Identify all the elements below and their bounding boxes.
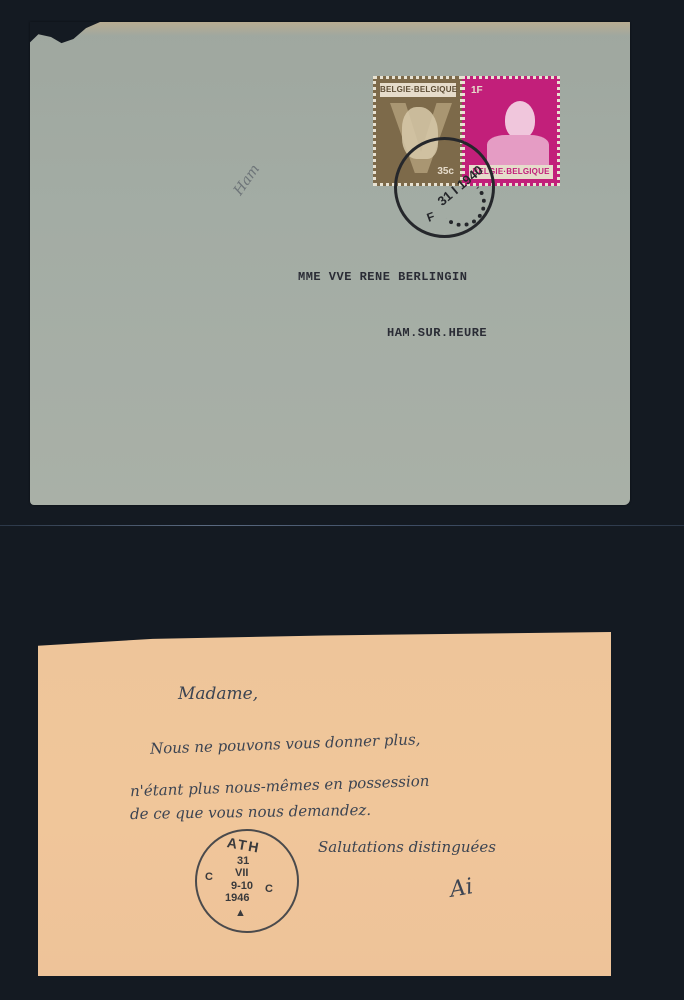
postmark-month: VII [235, 867, 248, 879]
address-line-2: HAM.SUR.HEURE [387, 326, 487, 340]
portrait-uniform-icon [487, 135, 549, 167]
pencil-annotation: Ham [231, 162, 264, 199]
postmark-triangle-icon: ▲ [235, 907, 246, 919]
envelope-aged-edge [30, 22, 630, 36]
postmark-letter-left: C [205, 871, 213, 883]
envelope-postmark: 31 I 1940 F [394, 137, 495, 238]
album-page-seam [0, 525, 684, 526]
letter-signature: Ai [448, 874, 475, 903]
postmark-town: ATH [226, 834, 262, 856]
letter-closing: Salutations distinguées [318, 838, 496, 856]
postmark-letter-right: C [265, 883, 273, 895]
letter-salutation: Madame, [178, 684, 258, 704]
address-line-1: MME VVE RENE BERLINGIN [298, 270, 467, 284]
postmark-year: 1946 [225, 892, 249, 904]
portrait-head-icon [505, 101, 535, 139]
envelope-cover: BELGIE·BELGIQUE 35c 1F BELGIE·BELGIQUE 3… [30, 22, 630, 505]
card-postmark: ATH 31 VII C 9-10 C 1946 ▲ [195, 829, 299, 933]
postmark-day: 31 [237, 855, 249, 867]
stamp-country-label: BELGIE·BELGIQUE [380, 83, 456, 97]
postmark-time: 9-10 [231, 880, 253, 892]
postmark-letter: F [425, 209, 437, 225]
stamp-value: 1F [471, 85, 483, 96]
